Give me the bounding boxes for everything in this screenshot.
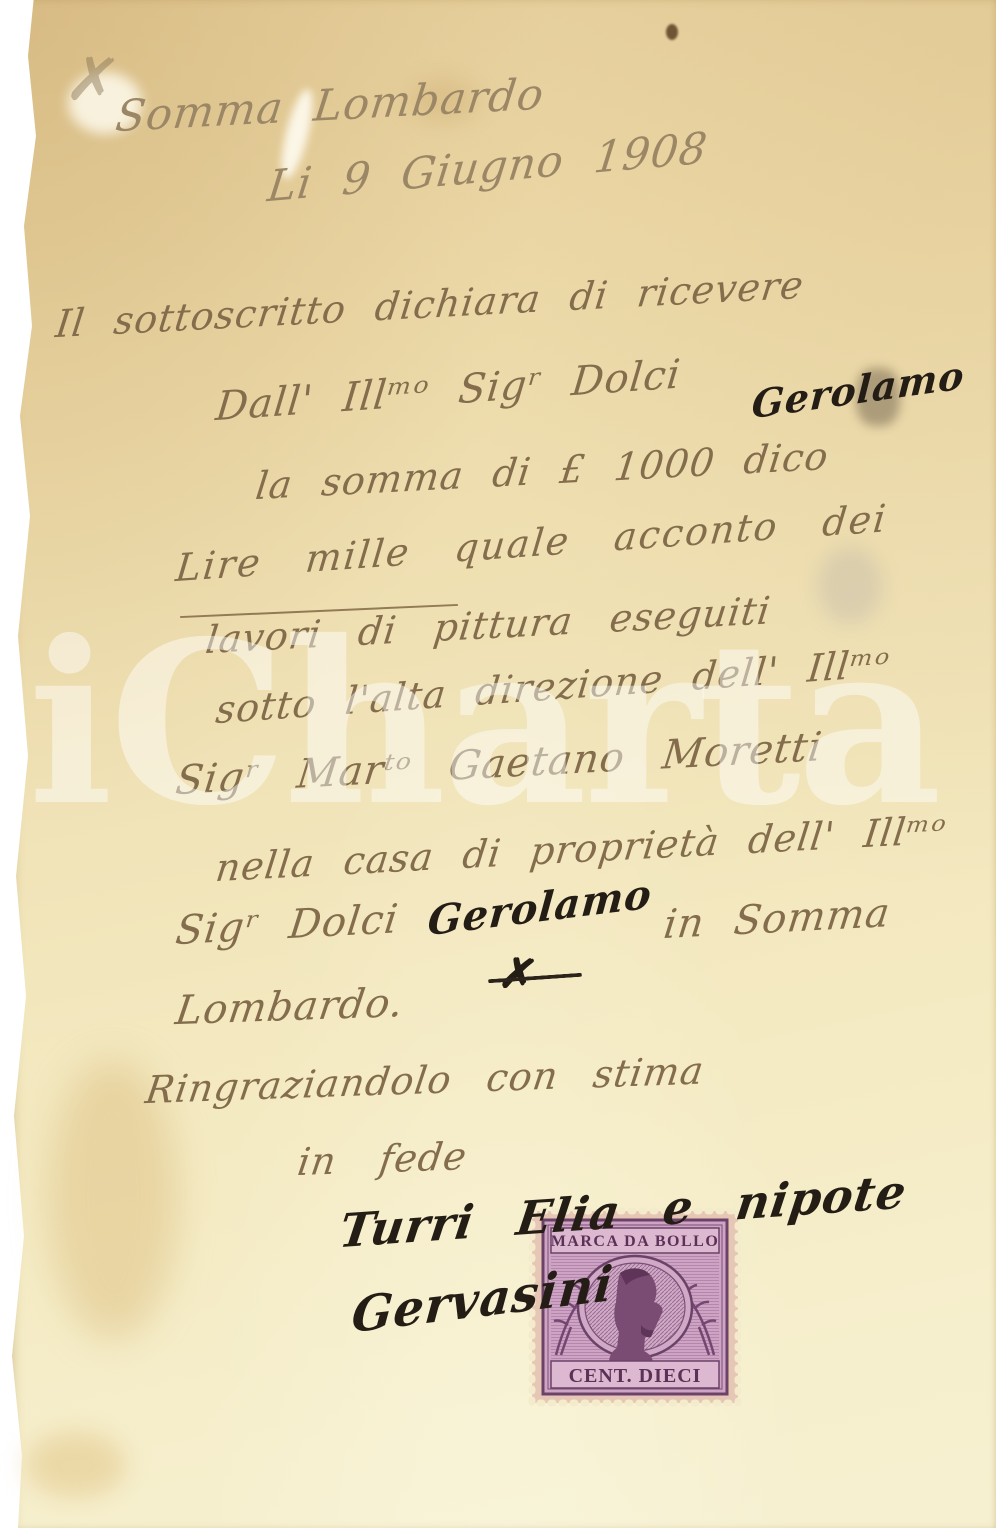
pencil-mark: ✗	[61, 41, 124, 122]
body-line-in-fede: in fede	[295, 1134, 470, 1184]
body-line-lombardo: Lombardo.	[173, 980, 407, 1034]
scanned-document: ✗ Somma Lombardo Li 9 Giugno 1908 Il sot…	[0, 0, 1000, 1533]
stamp-denomination-label: CENT. DIECI	[569, 1365, 702, 1387]
